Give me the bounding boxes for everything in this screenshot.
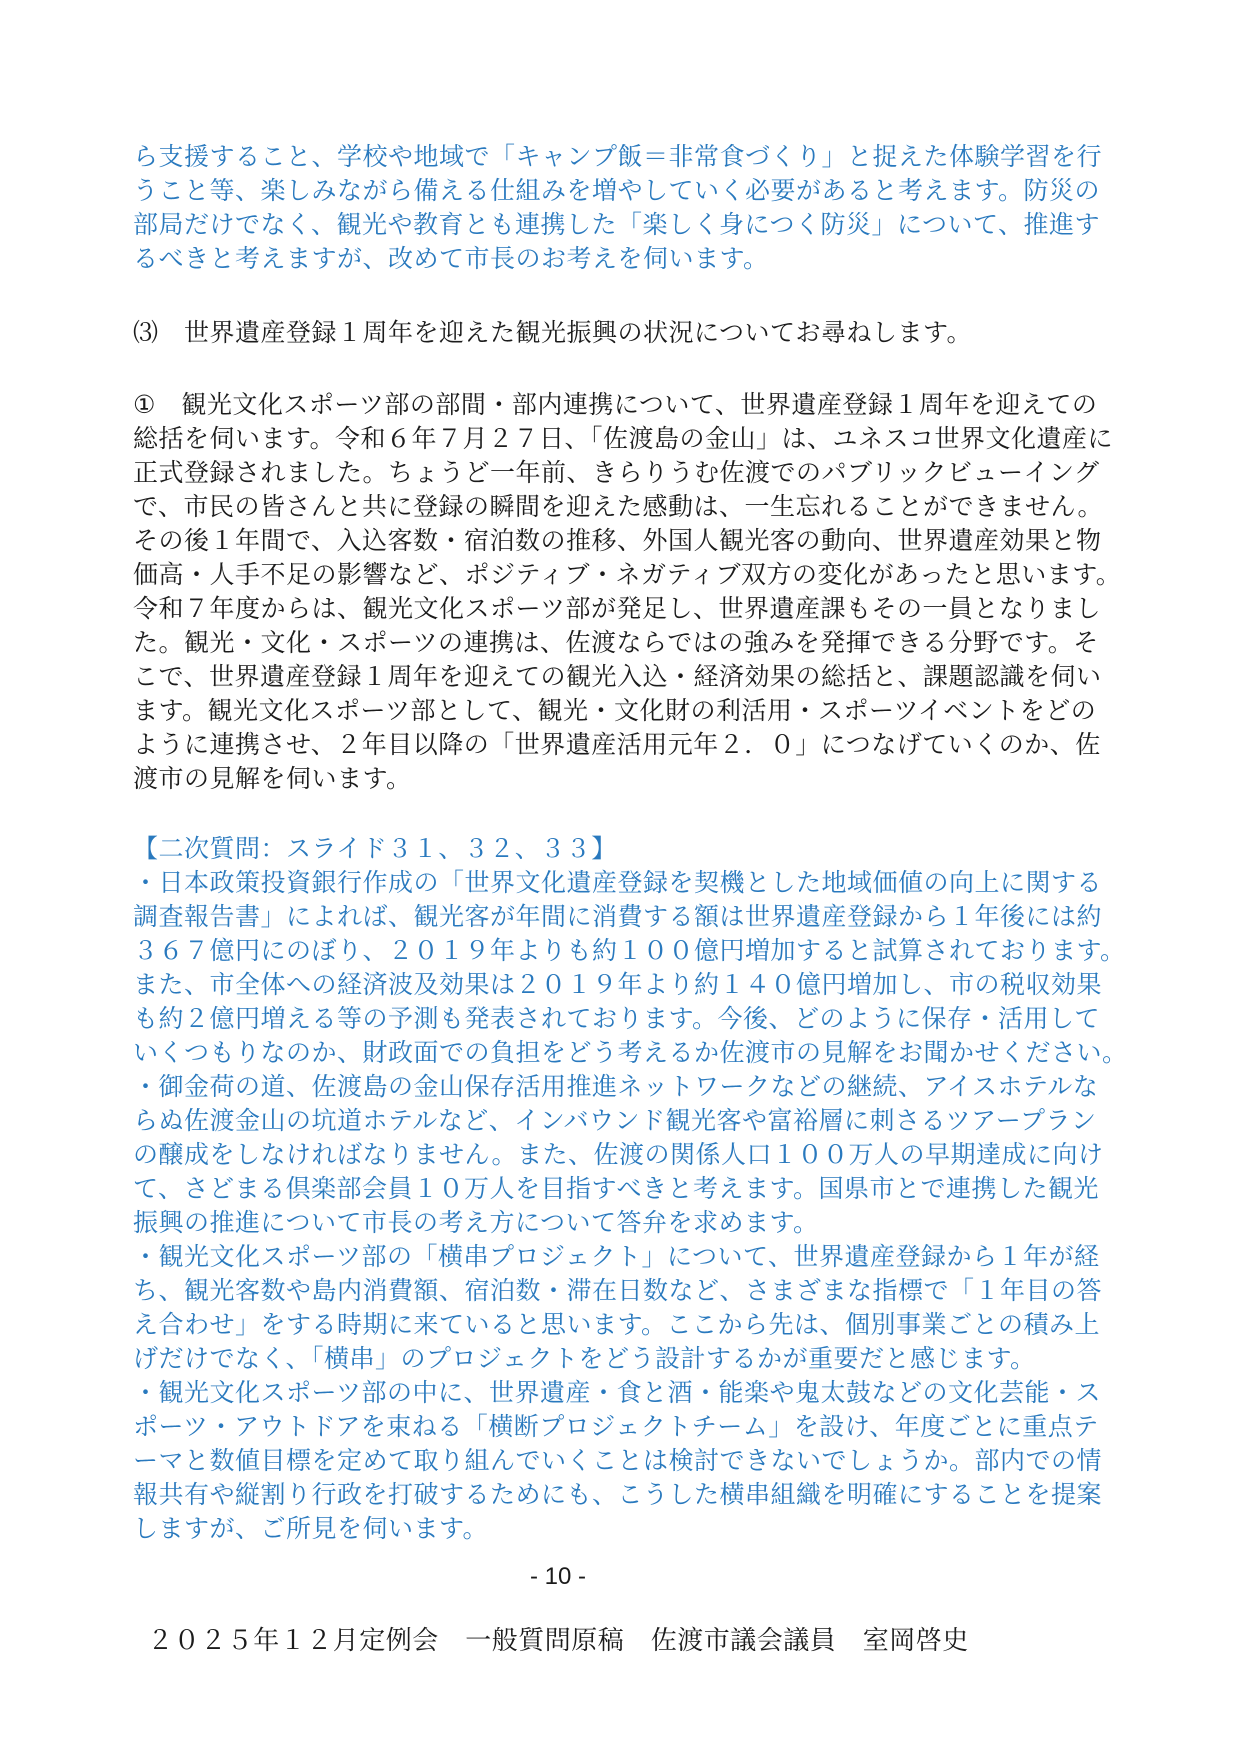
- paragraph-disaster-continuation: ら支援すること、学校や地域で「キャンプ飯＝非常食づくり」と捉えた体験学習を行 う…: [133, 140, 1133, 276]
- section-heading-q3: ⑶ 世界遺産登録１周年を迎えた観光振興の状況についてお尋ねします。: [133, 316, 1133, 350]
- document-page: ら支援すること、学校や地域で「キャンプ飯＝非常食づくり」と捉えた体験学習を行 う…: [0, 0, 1241, 1755]
- secondary-question-block: 【二次質問：スライド３１、３２、３３】 ・日本政策投資銀行作成の「世界文化遺産登…: [133, 832, 1133, 1546]
- secondary-bullet-dbj-report: ・日本政策投資銀行作成の「世界文化遺産登録を契機とした地域価値の向上に関する 調…: [133, 866, 1133, 1070]
- page-number: - 10 -: [133, 1562, 983, 1592]
- footer-area: - 10 - ２０２５年１２月定例会 一般質問原稿 佐渡市議会議員 室岡啓史: [133, 1562, 983, 1656]
- page-footer: ２０２５年１２月定例会 一般質問原稿 佐渡市議会議員 室岡啓史: [133, 1624, 983, 1656]
- secondary-bullet-yokogushi-project: ・観光文化スポーツ部の「横串プロジェクト」について、世界遺産登録から１年が経 ち…: [133, 1240, 1133, 1376]
- secondary-bullet-cross-project-team: ・観光文化スポーツ部の中に、世界遺産・食と酒・能楽や鬼太鼓などの文化芸能・ス ポ…: [133, 1376, 1133, 1546]
- paragraph-q1-main-question: ① 観光文化スポーツ部の部間・部内連携について、世界遺産登録１周年を迎えての 総…: [133, 388, 1133, 796]
- secondary-bullet-tour-plans: ・御金荷の道、佐渡島の金山保存活用推進ネットワークなどの継続、アイスホテルな ら…: [133, 1070, 1133, 1240]
- secondary-question-header: 【二次質問：スライド３１、３２、３３】: [133, 832, 1133, 866]
